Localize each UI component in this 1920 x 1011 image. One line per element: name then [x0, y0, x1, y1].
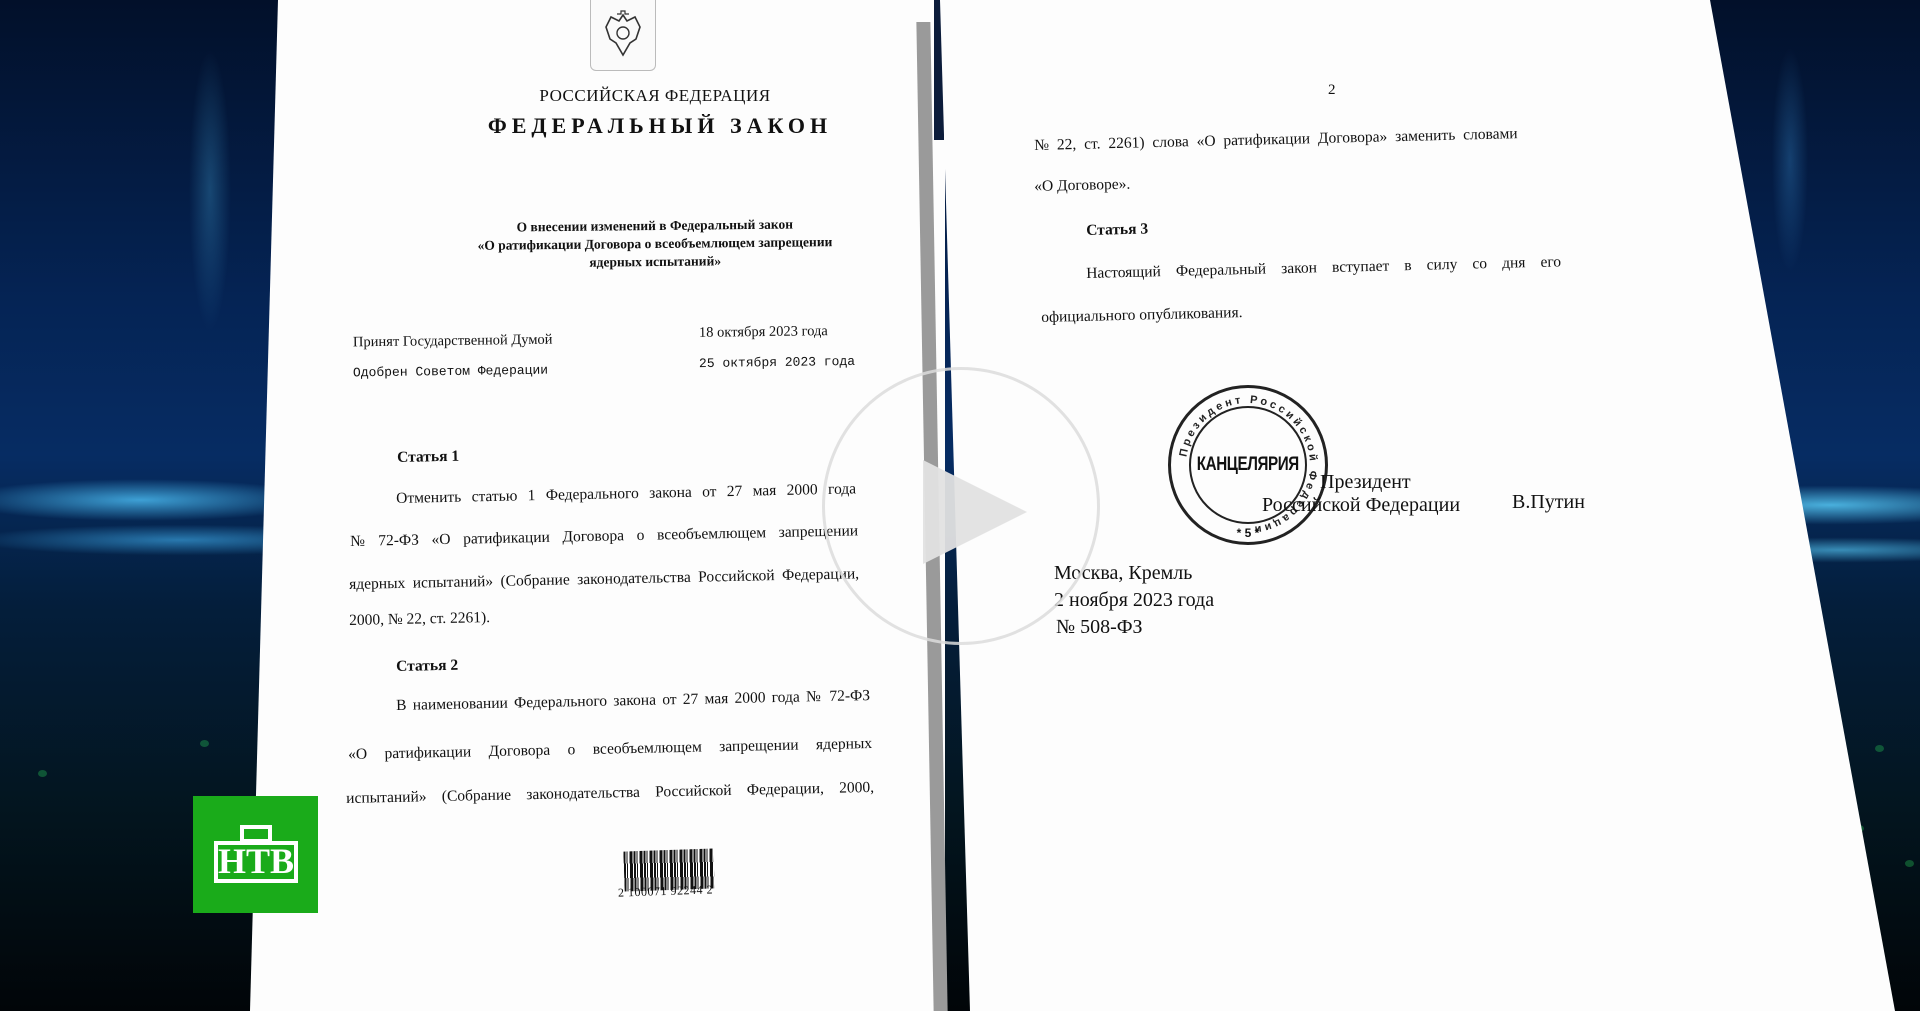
adoption-duma-label: Принят Государственной Думой — [353, 332, 553, 352]
article-2-line: В наименовании Федерального закона от 27… — [396, 687, 870, 715]
ntv-logo-icon: НТВ — [212, 823, 300, 887]
document-type: ФЕДЕРАЛЬНЫЙ ЗАКОН — [410, 113, 910, 139]
continuation-line: № 22, ст. 2261) слова «О ратификации Дог… — [1034, 125, 1509, 155]
page-number: 2 — [1328, 82, 1336, 99]
svg-text:НТВ: НТВ — [217, 841, 293, 881]
article-2-heading: Статья 2 — [396, 657, 458, 676]
coat-of-arms-icon — [590, 0, 656, 71]
adoption-council-label: Одобрен Советом Федерации — [353, 363, 548, 381]
adoption-duma-date: 18 октября 2023 года — [699, 323, 828, 342]
law-subject: О внесении изменений в Федеральный закон… — [385, 214, 926, 274]
signatory-title-2: Российской Федерации — [1262, 494, 1460, 517]
article-2-line: испытаний» (Собрание законодательства Ро… — [346, 779, 874, 808]
play-button[interactable] — [822, 367, 1100, 645]
bokeh-dot — [38, 770, 47, 777]
article-3-line: Настоящий Федеральный закон вступает в с… — [1086, 253, 1561, 283]
signatory-name: В.Путин — [1512, 491, 1585, 514]
article-1-line: № 72-ФЗ «О ратификации Договора о всеобъ… — [350, 522, 858, 551]
article-1-line: Отменить статью 1 Федерального закона от… — [396, 480, 856, 508]
adoption-council-date: 25 октября 2023 года — [699, 354, 855, 371]
play-icon — [923, 460, 1027, 564]
law-number: № 508-ФЗ — [1056, 614, 1143, 641]
signing-date: 2 ноября 2023 года — [1054, 587, 1214, 614]
bokeh-dot — [200, 740, 209, 747]
article-3-line: официального опубликования. — [1041, 304, 1243, 327]
continuation-line: «О Договоре». — [1034, 176, 1131, 196]
official-stamp: Президент Российской Федерации КАНЦЕЛЯРИ… — [1168, 385, 1328, 545]
article-3-heading: Статья 3 — [1086, 220, 1148, 240]
stamp-text: КАНЦЕЛЯРИЯ — [1197, 454, 1299, 476]
ntv-channel-logo: НТВ — [193, 796, 318, 913]
article-1-line: ядерных испытаний» (Собрание законодател… — [349, 565, 859, 594]
bokeh-dot — [1905, 860, 1914, 867]
stamp-number: * 5 * — [1171, 526, 1325, 540]
article-1-heading: Статья 1 — [397, 448, 459, 467]
barcode-number: 2 100071 92244 2 — [618, 882, 713, 900]
bokeh-dot — [1875, 745, 1884, 752]
signatory-title-1: Президент — [1320, 471, 1411, 494]
country-name: РОССИЙСКАЯ ФЕДЕРАЦИЯ — [430, 86, 880, 106]
article-2-line: «О ратификации Договора о всеобъемлющем … — [348, 735, 872, 764]
article-1-line: 2000, № 22, ст. 2261). — [349, 609, 490, 630]
